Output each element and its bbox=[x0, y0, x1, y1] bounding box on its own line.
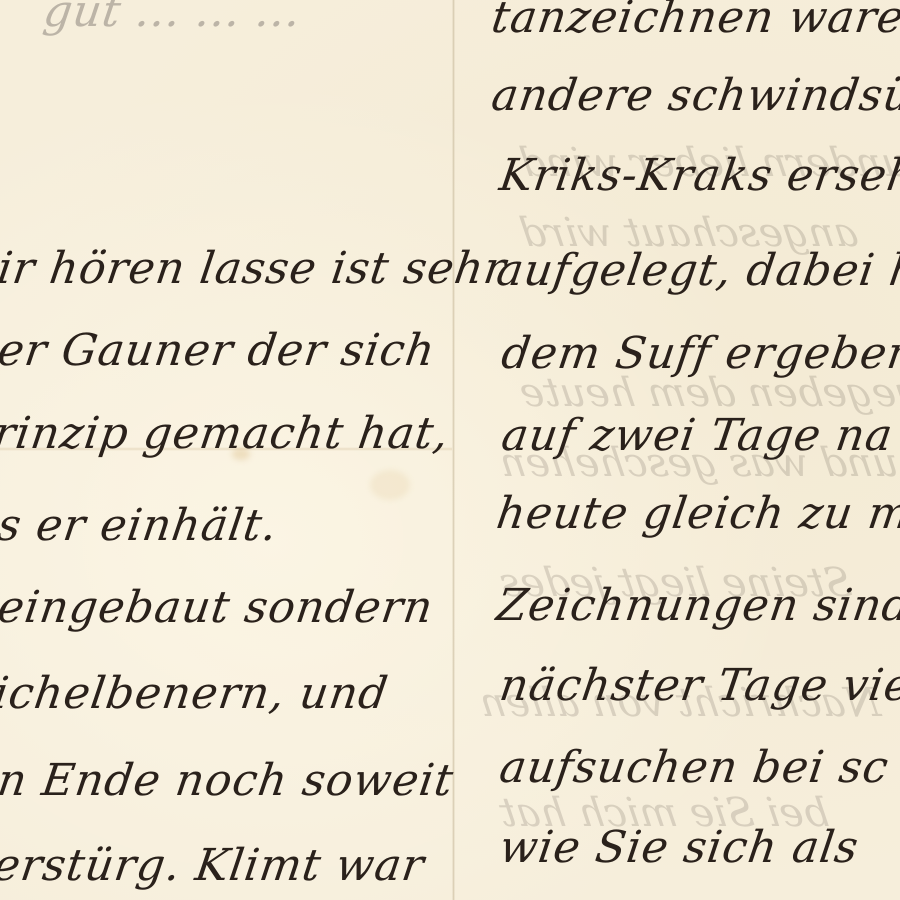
text-line: nächster Tage vielle bbox=[496, 660, 900, 711]
text-line: er Gauner der sich bbox=[0, 325, 439, 376]
text-line: Kriks-Kraks ersehen bbox=[496, 150, 900, 201]
text-line: ir hören lasse ist sehr bbox=[0, 243, 510, 294]
ink-stain bbox=[370, 470, 410, 500]
text-line: n Ende noch soweit bbox=[0, 755, 457, 806]
text-line: ichelbenern, und bbox=[0, 668, 392, 719]
text-line: aufgelegt, dabei h bbox=[493, 245, 900, 296]
text-line: s er einhält. bbox=[0, 500, 281, 551]
text-line: aufsuchen bei sc bbox=[496, 742, 892, 793]
text-line: erstürg. Klimt war bbox=[0, 840, 428, 891]
text-line: andere schwindsüch bbox=[488, 70, 900, 121]
text-line: wie Sie sich als bbox=[496, 822, 862, 873]
text-line: tanzeichnen waren bbox=[488, 0, 900, 43]
text-line: eingebaut sondern bbox=[0, 582, 437, 633]
text-line: dem Suff ergeben, bbox=[498, 328, 900, 379]
text-line: heute gleich zu m bbox=[493, 488, 900, 539]
text-line: auf zwei Tage na bbox=[498, 410, 896, 461]
text-line: rinzip gemacht hat, bbox=[0, 408, 452, 459]
pencil-line: gut ... ... ... bbox=[40, 0, 304, 37]
text-line: Zeichnungen sind bbox=[493, 580, 900, 631]
